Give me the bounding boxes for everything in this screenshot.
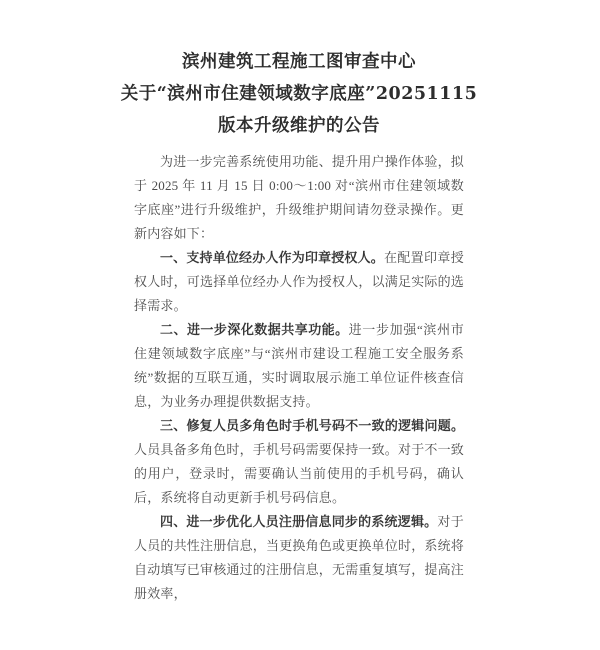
intro-paragraph: 为进一步完善系统使用功能、提升用户操作体验，拟于 2025 年 11 月 15 …: [134, 150, 464, 246]
document-content: 滨州建筑工程施工图审查中心 关于“滨州市住建领域数字底座”20251115 版本…: [134, 46, 464, 606]
notice-item-1: 一、支持单位经办人作为印章授权人。在配置印章授权人时，可选择单位经办人作为授权人…: [134, 246, 464, 318]
notice-item-3-heading: 三、修复人员多角色时手机号码不一致的逻辑问题。: [160, 418, 464, 433]
notice-item-4-heading: 四、进一步优化人员注册信息同步的系统逻辑。: [160, 514, 437, 529]
notice-item-2: 二、进一步深化数据共享功能。进一步加强“滨州市住建领域数字底座”与“滨州市建设工…: [134, 318, 464, 414]
notice-body: 为进一步完善系统使用功能、提升用户操作体验，拟于 2025 年 11 月 15 …: [134, 150, 464, 606]
intro-text: 为进一步完善系统使用功能、提升用户操作体验，拟于 2025 年 11 月 15 …: [134, 154, 464, 241]
notice-title: 滨州建筑工程施工图审查中心 关于“滨州市住建领域数字底座”20251115 版本…: [92, 46, 506, 142]
notice-item-3: 三、修复人员多角色时手机号码不一致的逻辑问题。人员具备多角色时，手机号码需要保持…: [134, 414, 464, 510]
notice-title-line-2: 关于“滨州市住建领域数字底座”20251115: [121, 78, 478, 110]
notice-title-line-1: 滨州建筑工程施工图审查中心: [182, 46, 416, 78]
notice-item-4: 四、进一步优化人员注册信息同步的系统逻辑。对于人员的共性注册信息，当更换角色或更…: [134, 510, 464, 606]
document-page: 滨州建筑工程施工图审查中心 关于“滨州市住建领域数字底座”20251115 版本…: [0, 0, 600, 650]
notice-title-line-3: 版本升级维护的公告: [218, 110, 380, 142]
notice-item-2-heading: 二、进一步深化数据共享功能。: [160, 322, 349, 337]
notice-item-3-text: 人员具备多角色时，手机号码需要保持一致。对于不一致的用户，登录时，需要确认当前使…: [134, 442, 464, 505]
notice-item-1-heading: 一、支持单位经办人作为印章授权人。: [160, 250, 384, 265]
